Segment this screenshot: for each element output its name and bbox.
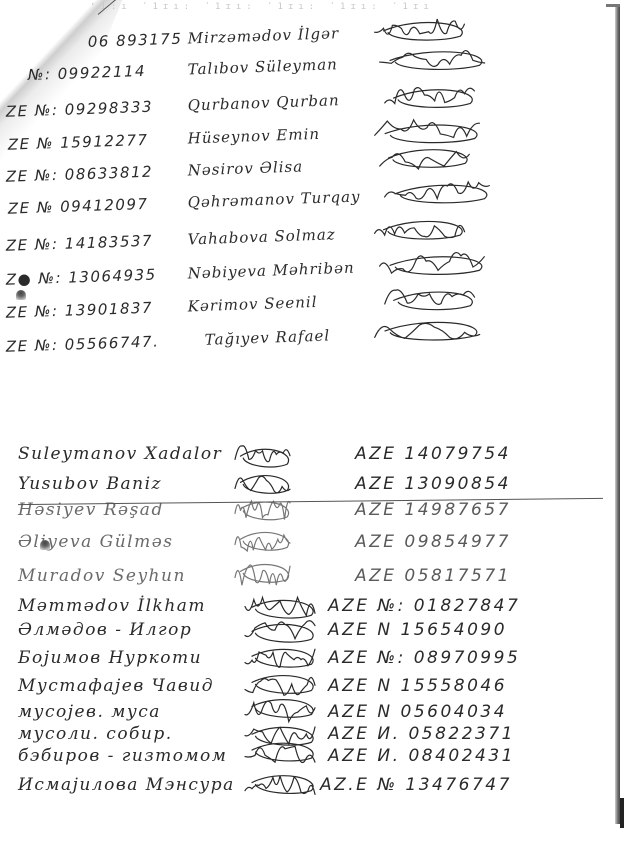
person-name: Suleymanov Xadalor (18, 444, 222, 464)
list-item: Suleymanov Xadalor AZE 14079754 (0, 444, 620, 472)
signature (245, 592, 315, 618)
person-name: Nəsirov Əlisa (187, 157, 303, 179)
id-document-number: №: 09922114 (27, 62, 146, 84)
signature (245, 644, 315, 670)
signature (384, 80, 475, 109)
person-name: Nəbiyeva Məhribən (187, 259, 354, 283)
person-name: Vahabova Solmaz (187, 225, 336, 248)
person-name: Yusubov Baniz (18, 474, 162, 494)
id-document-number: ZE №: 09298333 (6, 98, 154, 121)
scanned-page: ʻ1:ı ʹ1ɪı: ʹ1ɪı: ʹ1ɪı: ʹ1ɪı: ʹ1ɪı 06 893… (0, 0, 624, 858)
person-name: бэбиров - гизтомом (18, 746, 227, 766)
list-item: Исмајилова Мэнсура AZ.E № 13476747 (0, 775, 620, 803)
id-document-number: ZE № 09412097 (8, 195, 149, 218)
signature (384, 281, 475, 310)
id-document-number: AZE №: 01827847 (328, 596, 520, 616)
signature (379, 44, 485, 74)
list-item: бэбиров - гизтомом AZE И. 08402431 (0, 746, 620, 774)
signature (379, 146, 470, 175)
id-document-number: ZE №: 13901837 (6, 299, 154, 322)
person-name: мусојев. муса (18, 702, 161, 722)
person-name: Hüseynov Emin (187, 125, 320, 148)
signature (235, 528, 290, 554)
signature (245, 672, 315, 698)
signature (245, 742, 315, 768)
bleed-through-marks: ʻ1:ı ʹ1ɪı: ʹ1ɪı: ʹ1ɪı: ʹ1ɪı: ʹ1ɪı (90, 2, 610, 12)
id-document-number: AZE N 15558046 (328, 676, 507, 696)
signature (374, 315, 480, 345)
id-document-number: ZE №: 08633812 (6, 163, 154, 186)
person-name: Məmmədov İlkham (18, 596, 206, 616)
signature (235, 496, 290, 522)
id-document-number: ZE №: 14183537 (6, 232, 154, 255)
id-document-number: ZE №: 05566747. (6, 332, 160, 355)
id-document-number: AZE N 15654090 (328, 620, 507, 640)
person-name: Kərimov Seenil (187, 293, 317, 316)
id-document-number: Z● №: 13064935 (6, 266, 157, 289)
person-name: Muradov Seyhun (18, 566, 186, 586)
id-document-number: AZ.E № 13476747 (320, 775, 512, 795)
signature (245, 771, 315, 797)
signature (235, 440, 290, 466)
ink-stamp-mark (16, 290, 26, 300)
id-document-number: 06 893175 (87, 30, 182, 51)
signature (384, 177, 490, 207)
page-edge-corner (606, 4, 620, 7)
id-document-number: AZE 14987657 (355, 500, 511, 520)
signature (374, 113, 480, 143)
person-name: Talıbov Süleyman (187, 55, 338, 78)
signature (245, 616, 315, 642)
list-item: Əliyeva Gülməs AZE 09854977 (0, 532, 620, 560)
person-name: Əлмəдов - Илгор (18, 620, 192, 640)
signature (379, 248, 485, 278)
person-name: Исмајилова Мэнсура (18, 775, 235, 795)
list-item: Muradov Seyhun AZE 05817571 (0, 566, 620, 594)
signature (374, 14, 465, 43)
id-document-number: AZE 09854977 (355, 532, 511, 552)
signature (235, 470, 290, 496)
id-document-number: AZE 13090854 (355, 474, 511, 494)
id-document-number: AZE №: 08970995 (328, 648, 520, 668)
signature (235, 562, 290, 588)
person-name: Qurbanov Qurban (187, 91, 339, 114)
id-document-number: AZE И. 05822371 (328, 724, 515, 744)
person-name: Mirzəmədov İlgər (187, 24, 339, 47)
id-document-number: ZE № 15912277 (8, 131, 149, 154)
person-name: мусоли. собир. (18, 724, 173, 744)
ink-stamp-mark (40, 540, 50, 550)
person-name: Бојимов Нуркоти (18, 648, 202, 668)
id-document-number: AZE N 05604034 (328, 702, 507, 722)
scan-edge-mark (620, 798, 624, 828)
id-document-number: AZE 05817571 (355, 566, 511, 586)
signature (374, 215, 465, 244)
person-name: Мустафајев Чавид (18, 676, 214, 696)
person-name: Qəhrəmanov Turqay (187, 187, 360, 211)
id-document-number: AZE И. 08402431 (328, 746, 515, 766)
id-document-number: AZE 14079754 (355, 444, 511, 464)
person-name: Tağıyev Rafael (204, 326, 330, 348)
